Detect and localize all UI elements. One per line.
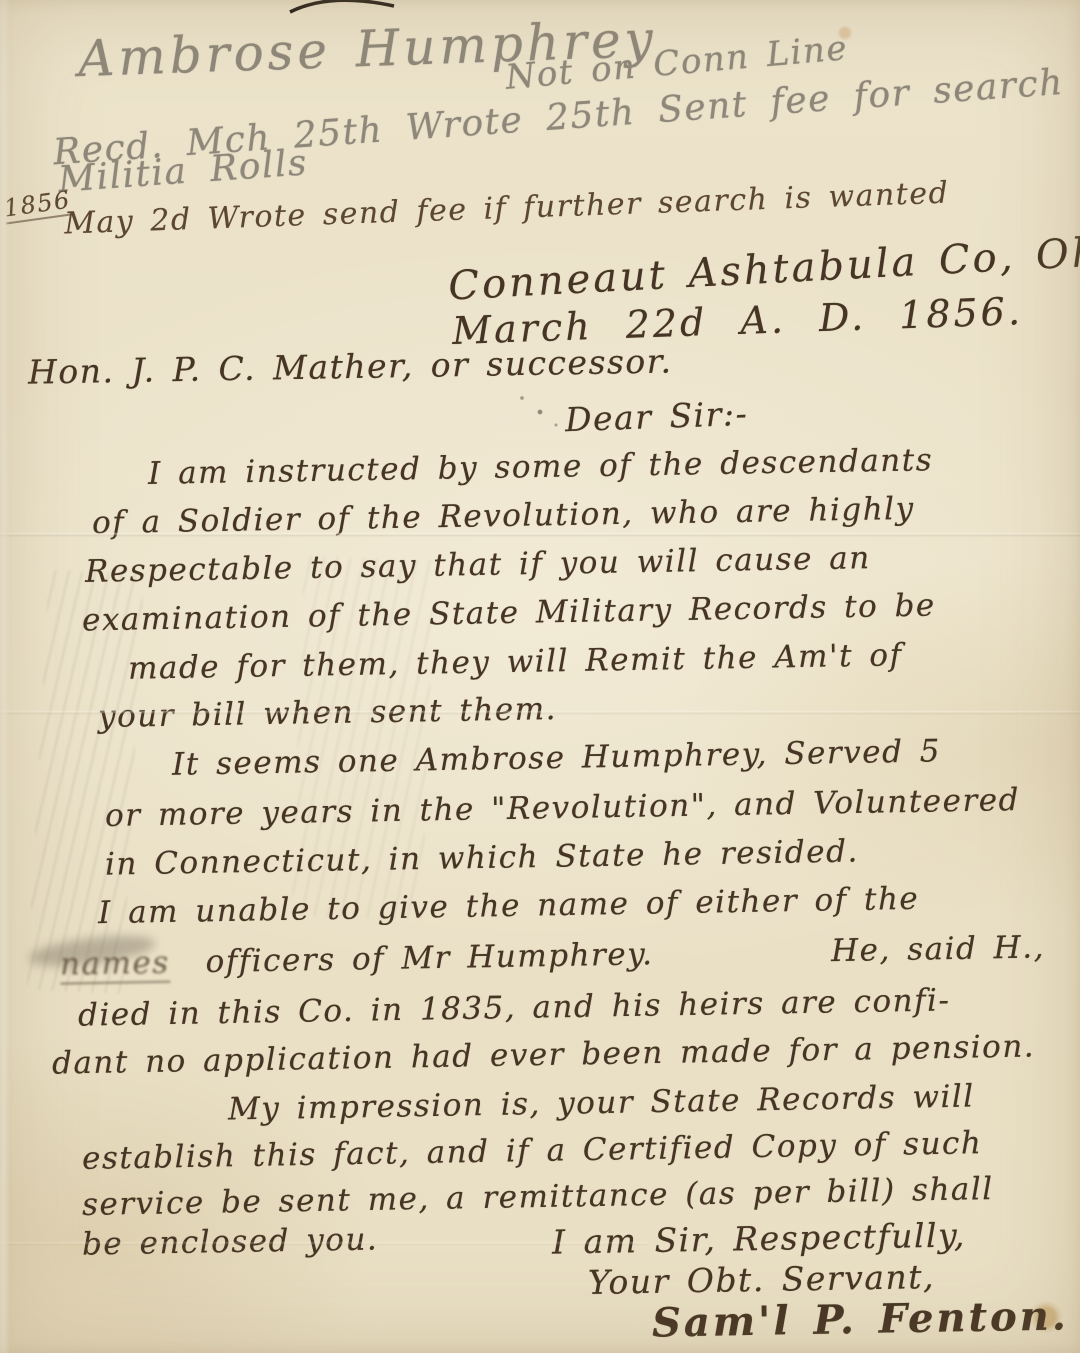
body-line: of a Soldier of the Revolution, who are … — [92, 494, 915, 539]
letter-page: Ambrose Humphrey Not on Conn Line Recd. … — [0, 0, 1080, 1353]
docket-year: 1856 — [2, 187, 72, 224]
body-line: service be sent me, a remittance (as per… — [82, 1174, 994, 1221]
body-line: I am unable to give the name of either o… — [98, 884, 920, 929]
smudged-word: names — [60, 948, 170, 985]
body-line: examination of the State Military Record… — [82, 591, 936, 637]
body-line: establish this fact, and if a Certified … — [82, 1128, 983, 1175]
body-line: your bill when sent them. — [98, 694, 557, 733]
body-line: My impression is, your State Records wil… — [228, 1081, 975, 1125]
salutation: Dear Sir:- — [564, 397, 748, 436]
body-line: in Connecticut, in which State he reside… — [105, 836, 859, 880]
body-line: Respectable to say that if you will caus… — [85, 543, 871, 588]
body-line-with-smudge: names officers of Mr Humphrey. He, said … — [60, 932, 1045, 984]
body-line: made for them, they will Remit the Am't … — [128, 640, 903, 685]
closing-respectfully: I am Sir, Respectfully, — [552, 1218, 966, 1258]
torn-ink-stroke — [288, 0, 400, 14]
body-line: be enclosed you. — [82, 1224, 379, 1260]
body-line-left: officers of Mr Humphrey. — [205, 939, 653, 978]
body-line: I am instructed by some of the descendan… — [148, 445, 934, 490]
body-line: died in this Co. in 1835, and his heirs … — [78, 985, 951, 1031]
body-line: dant no application had ever been made f… — [52, 1031, 1036, 1079]
addressee-line: Hon. J. P. C. Mather, or successor. — [28, 344, 673, 388]
body-line-right: He, said H., — [831, 932, 1045, 967]
signature: Sam'l P. Fenton. — [652, 1296, 1069, 1343]
body-line: It seems one Ambrose Humphrey, Served 5 — [172, 736, 941, 780]
closing-servant: Your Obt. Servant, — [588, 1260, 935, 1299]
body-line: or more years in the "Revolution", and V… — [105, 785, 1020, 832]
